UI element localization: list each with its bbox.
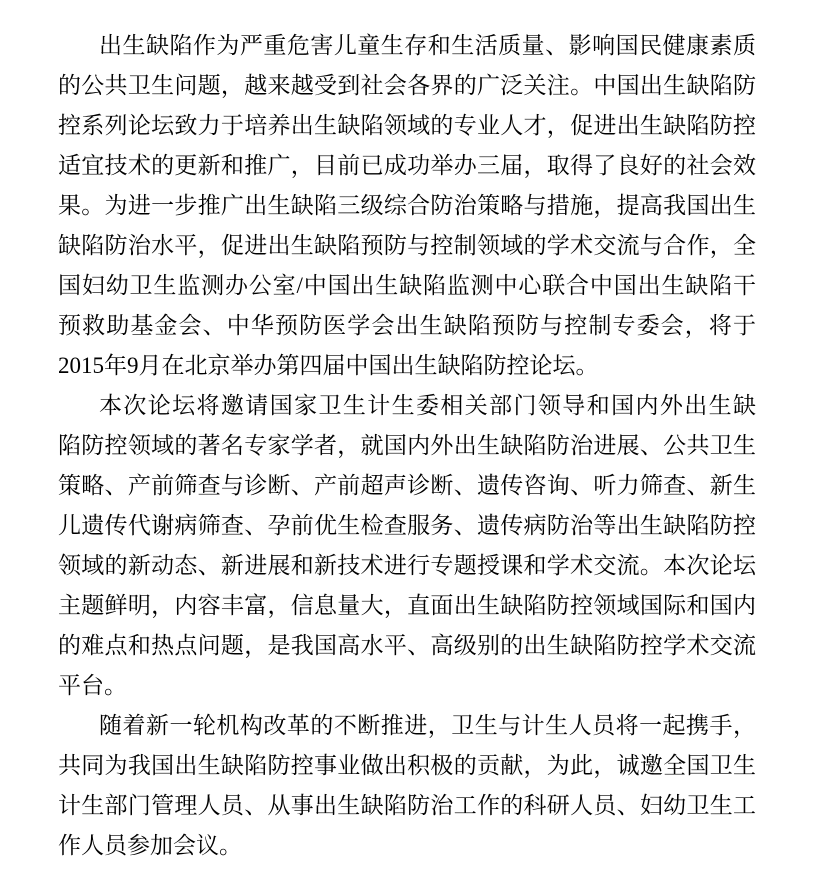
paragraph-1: 出生缺陷作为严重危害儿童生存和生活质量、影响国民健康素质 的公共卫生问题，越来越… bbox=[58, 26, 758, 386]
paragraph-3: 随着新一轮机构改革的不断推进，卫生与计生人员将一起携手， 共同为我国出生缺陷防控… bbox=[58, 706, 758, 866]
text-line: 儿遗传代谢病筛查、孕前优生检查服务、遗传病防治等出生缺陷防控 bbox=[58, 506, 756, 546]
text-line: 的公共卫生问题，越来越受到社会各界的广泛关注。中国出生缺陷防 bbox=[58, 66, 756, 106]
text-line: 适宜技术的更新和推广，目前已成功举办三届，取得了良好的社会效 bbox=[58, 146, 756, 186]
text-line: 控系列论坛致力于培养出生缺陷领域的专业人才，促进出生缺陷防控 bbox=[58, 106, 756, 146]
paragraph-2: 本次论坛将邀请国家卫生计生委相关部门领导和国内外出生缺 陷防控领域的著名专家学者… bbox=[58, 386, 758, 706]
document-page: 出生缺陷作为严重危害儿童生存和生活质量、影响国民健康素质 的公共卫生问题，越来越… bbox=[0, 0, 818, 872]
text-line: 果。为进一步推广出生缺陷三级综合防治策略与措施，提高我国出生 bbox=[58, 186, 756, 226]
text-line: 出生缺陷作为严重危害儿童生存和生活质量、影响国民健康素质 bbox=[58, 26, 756, 66]
text-line: 领域的新动态、新进展和新技术进行专题授课和学术交流。本次论坛 bbox=[58, 546, 756, 586]
text-line: 国妇幼卫生监测办公室/中国出生缺陷监测中心联合中国出生缺陷干 bbox=[58, 266, 756, 306]
text-line: 预救助基金会、中华预防医学会出生缺陷预防与控制专委会，将于 bbox=[58, 306, 756, 346]
text-line: 计生部门管理人员、从事出生缺陷防治工作的科研人员、妇幼卫生工 bbox=[58, 786, 756, 826]
text-line: 本次论坛将邀请国家卫生计生委相关部门领导和国内外出生缺 bbox=[58, 386, 756, 426]
text-line: 平台。 bbox=[58, 666, 756, 706]
text-line: 陷防控领域的著名专家学者，就国内外出生缺陷防治进展、公共卫生 bbox=[58, 426, 756, 466]
text-line: 策略、产前筛查与诊断、产前超声诊断、遗传咨询、听力筛查、新生 bbox=[58, 466, 756, 506]
text-line: 作人员参加会议。 bbox=[58, 826, 756, 866]
text-line: 的难点和热点问题，是我国高水平、高级别的出生缺陷防控学术交流 bbox=[58, 626, 756, 666]
text-line: 随着新一轮机构改革的不断推进，卫生与计生人员将一起携手， bbox=[58, 706, 756, 746]
text-line: 共同为我国出生缺陷防控事业做出积极的贡献，为此，诚邀全国卫生 bbox=[58, 746, 756, 786]
text-line: 缺陷防治水平，促进出生缺陷预防与控制领域的学术交流与合作，全 bbox=[58, 226, 756, 266]
text-line: 2015年9月在北京举办第四届中国出生缺陷防控论坛。 bbox=[58, 346, 756, 386]
text-line: 主题鲜明，内容丰富，信息量大，直面出生缺陷防控领域国际和国内 bbox=[58, 586, 756, 626]
